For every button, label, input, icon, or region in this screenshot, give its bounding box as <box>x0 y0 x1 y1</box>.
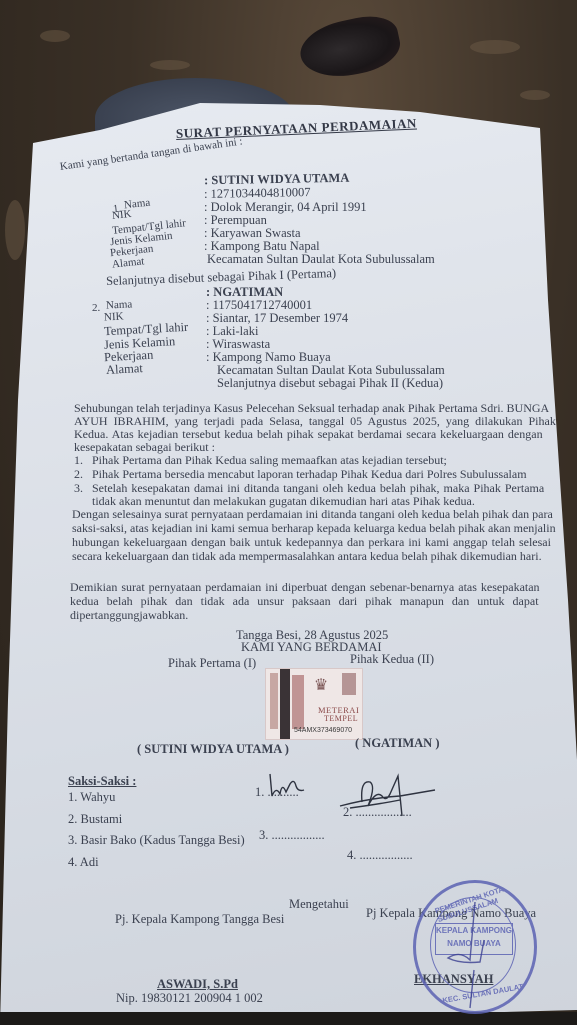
witness1-signature <box>268 772 318 802</box>
closing-line: secara kekeluargaan dan tidak ada memper… <box>72 549 542 563</box>
document-title: SURAT PERNYATAAN PERDAMAIAN <box>176 116 417 140</box>
party2-role: Pihak Kedua (II) <box>350 652 434 666</box>
party1-nik: : 1271034404810007 <box>204 185 311 201</box>
official1-title: Pj. Kepala Kampong Tangga Besi <box>115 912 284 926</box>
agreement-item: Setelah kesepakatan damai ini ditanda ta… <box>92 481 544 495</box>
party2-number: 2. <box>92 301 100 315</box>
stamp-label: TEMPEL <box>324 714 358 723</box>
label-nik: NIK <box>111 207 132 223</box>
revenue-stamp: ♛ METERAI TEMPEL 54AMX373469070 <box>265 668 363 740</box>
body-line: AYUH IBRAHIM, yang terjadi pada Selasa, … <box>74 414 556 428</box>
party1-gender: : Perempuan <box>204 213 267 227</box>
label-nik: NIK <box>104 309 124 324</box>
acknowledged-label: Mengetahui <box>289 897 349 911</box>
closing-line: hubungan kekeluargaan dengan baik untuk … <box>72 535 551 549</box>
witness-name: 3. Basir Bako (Kadus Tangga Besi) <box>68 833 245 847</box>
party1-job: : Karyawan Swasta <box>204 226 301 240</box>
party2-name: : NGATIMAN <box>206 285 283 299</box>
agreement-item: Pihak Pertama bersedia mencabut laporan … <box>92 467 527 481</box>
label-alamat: Alamat <box>106 361 143 377</box>
final-line: dipertanggungjawabkan. <box>70 608 188 622</box>
party2-job: : Wiraswasta <box>206 337 270 351</box>
witness-name: 1. Wahyu <box>68 790 115 804</box>
party2-signature-name: ( NGATIMAN ) <box>355 736 439 750</box>
party1-signature-name: ( SUTINI WIDYA UTAMA ) <box>137 742 289 756</box>
official2-signature <box>430 900 520 1010</box>
party1-address-line1: : Kampong Batu Napal <box>204 239 320 253</box>
witness-name: 2. Bustami <box>68 812 122 826</box>
party2-address-line1: : Kampong Namo Buaya <box>206 350 331 364</box>
agreement-number: 2. <box>74 467 83 481</box>
agreement-item: Pihak Pertama dan Pihak Kedua saling mem… <box>92 453 447 467</box>
official1-nip: Nip. 19830121 200904 1 002 <box>116 991 263 1005</box>
agreement-item-continued: tidak akan menuntut dan melakukan gugata… <box>92 494 475 508</box>
closing-line: Dengan selesainya surat pernyataan perda… <box>72 507 553 521</box>
party2-gender: : Laki-laki <box>206 324 258 338</box>
body-line: Kedua. Atas kejadian tersebut kedua bela… <box>74 427 543 441</box>
label-alamat: Alamat <box>111 254 145 271</box>
witness2-signature <box>340 772 440 822</box>
party2-designation: Selanjutnya disebut sebagai Pihak II (Ke… <box>217 376 443 390</box>
party1-role: Pihak Pertama (I) <box>168 656 256 670</box>
agreement-number: 1. <box>74 453 83 467</box>
party2-address-line2: Kecamatan Sultan Daulat Kota Subulussala… <box>217 363 445 377</box>
witness-heading: Saksi-Saksi : <box>68 774 136 788</box>
body-line: kesepakatan sebagai berikut : <box>74 440 215 454</box>
garuda-emblem-icon: ♛ <box>312 675 330 697</box>
closing-line: saksi-saksi, atas kejadian ini kami semu… <box>72 521 556 535</box>
party2-birth: : Siantar, 17 Desember 1974 <box>206 311 348 325</box>
party1-birth: : Dolok Merangir, 04 April 1991 <box>204 200 367 214</box>
witness-sign-slot: 3. ................. <box>259 828 325 842</box>
final-line: Demikian surat pernyataan perdamaian ini… <box>70 580 540 594</box>
official1-name: ASWADI, S.Pd <box>157 977 238 991</box>
party1-address-line2: Kecamatan Sultan Daulat Kota Subulussala… <box>207 252 435 266</box>
stamp-serial: 54AMX373469070 <box>294 727 352 734</box>
party2-nik: : 1175041712740001 <box>206 298 312 312</box>
document: SURAT PERNYATAAN PERDAMAIAN Kami yang be… <box>0 0 577 1025</box>
agreement-number: 3. <box>74 481 83 495</box>
body-line: Sehubungan telah terjadinya Kasus Pelece… <box>74 401 549 415</box>
witness-name: 4. Adi <box>68 855 99 869</box>
witness-sign-slot: 4. ................. <box>347 848 413 862</box>
intro-text: Kami yang bertanda tangan di bawah ini : <box>59 134 243 173</box>
final-line: kedua belah pihak dan tidak ada unsur pa… <box>70 594 539 608</box>
